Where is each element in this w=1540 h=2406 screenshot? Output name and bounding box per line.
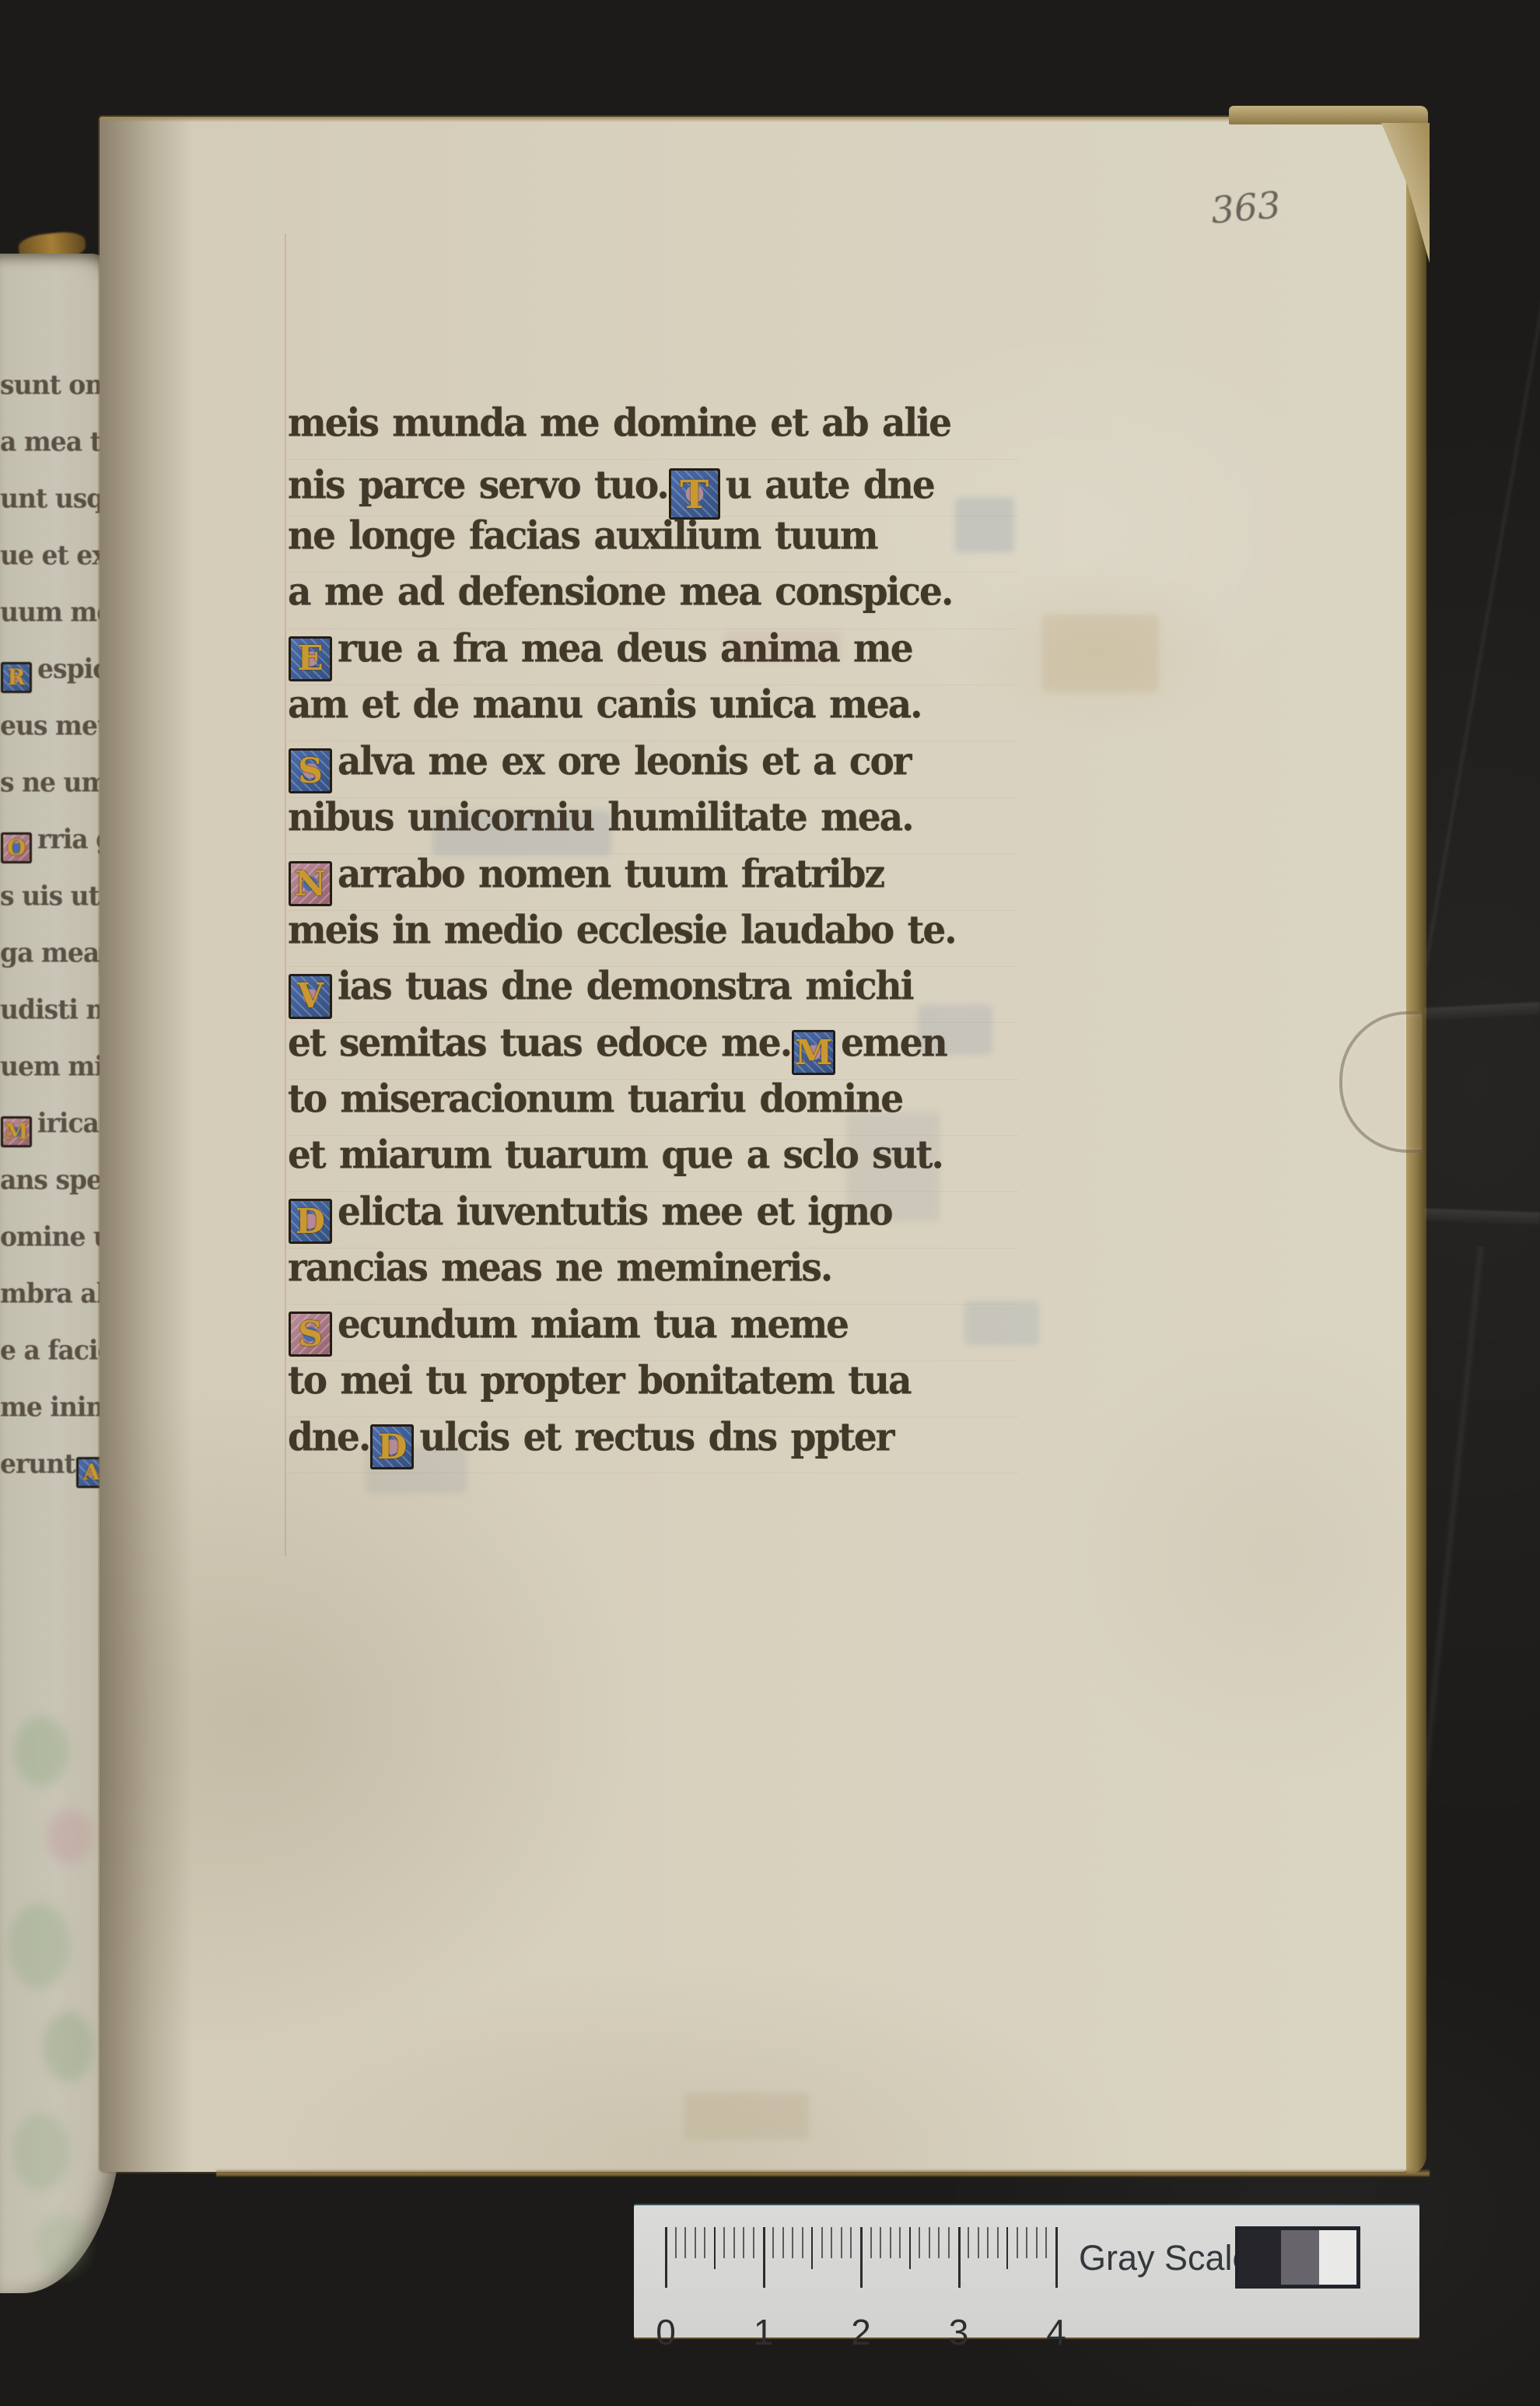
manuscript-line: ne longe facias auxilium tuum	[288, 516, 1019, 572]
ruler-tick	[1036, 2227, 1038, 2258]
ruler-tick	[1045, 2227, 1047, 2258]
ruler-tick	[1026, 2227, 1027, 2258]
text-segment: to miseracionum tuariu domine	[288, 1076, 902, 1121]
manuscript-line: a me ad defensione mea conspice.	[288, 572, 1019, 628]
text-segment: nibus unicorniu humilitate mea.	[288, 794, 913, 839]
illuminated-initial: N	[289, 861, 332, 906]
page-top-edge	[100, 117, 1409, 122]
ruler-number: 2	[851, 2311, 871, 2353]
ruler-tick	[978, 2227, 979, 2258]
text-segment: meis in medio ecclesie laudabo te.	[288, 907, 956, 952]
ruler-tick	[899, 2227, 901, 2258]
text-segment: ga mea	[0, 938, 99, 968]
ruler-tick	[802, 2227, 803, 2258]
ruler-tick	[743, 2227, 744, 2258]
manuscript-line: dne. Dulcis et rectus dns ppter	[288, 1417, 1019, 1473]
ruler-tick	[733, 2227, 735, 2258]
ruler-tick	[850, 2227, 852, 2258]
manuscript-line: to mei tu propter bonitatem tua	[288, 1361, 1019, 1417]
ruler-tick	[919, 2227, 920, 2258]
manuscript-line: nibus unicorniu humilitate mea.	[288, 797, 1019, 853]
ruler-tick	[1006, 2227, 1008, 2269]
manuscript-line: to miseracionum tuariu domine	[288, 1079, 1019, 1135]
ruler-tick	[695, 2227, 696, 2258]
text-segment: rue a fra mea deus anima me	[338, 626, 912, 671]
border-decoration-showthrough	[14, 1716, 68, 1786]
ruler-tick	[968, 2227, 969, 2258]
illuminated-initial: S	[289, 1312, 332, 1357]
illuminated-initial: R	[1, 662, 32, 693]
text-segment: erunt	[0, 1449, 75, 1480]
black-patch	[1239, 2230, 1281, 2285]
manuscript-line: Secundum miam tua meme	[288, 1304, 1019, 1360]
text-block: meis munda me domine et ab alienis parce…	[288, 403, 1019, 1473]
ruler-tick	[792, 2227, 793, 2258]
ruler-tick	[704, 2227, 705, 2258]
manuscript-line: Delicta iuventutis mee et igno	[288, 1191, 1019, 1247]
text-segment: nis parce servo tuo.	[288, 463, 668, 508]
gray-scale-label: Gray Scale	[1079, 2238, 1234, 2278]
photograph-background: { "photo": { "folio_number": "363", "col…	[0, 0, 1540, 2406]
ruler-tick	[890, 2227, 891, 2258]
text-segment: et semitas tuas edoce me.	[288, 1020, 791, 1065]
ruler-tick	[772, 2227, 774, 2258]
text-segment: ias tuas dne demonstra michi	[338, 964, 913, 1009]
illuminated-initial: M	[792, 1030, 835, 1075]
ruler-tick	[987, 2227, 989, 2258]
ruler-tick	[1055, 2227, 1058, 2288]
ruler-tick	[811, 2227, 813, 2269]
ruler-tick	[1017, 2227, 1018, 2258]
text-segment: to mei tu propter bonitatem tua	[288, 1357, 911, 1403]
ruler-tick	[714, 2227, 716, 2269]
manuscript-line: rancias meas ne memineris.	[288, 1248, 1019, 1304]
underlying-leaf-edge	[1229, 106, 1428, 124]
illuminated-initial: M	[1, 1116, 32, 1147]
ruler-number: 3	[949, 2311, 969, 2353]
ruler-tick	[938, 2227, 940, 2258]
border-decoration-showthrough	[43, 2012, 93, 2082]
gutter-shadow	[100, 117, 193, 2172]
manuscript-line: meis in medio ecclesie laudabo te.	[288, 910, 1019, 966]
ruler-tick	[675, 2227, 677, 2258]
text-segment: ne longe facias auxilium tuum	[288, 513, 877, 558]
vellum-stain	[684, 2093, 809, 2139]
illuminated-initial: O	[1, 832, 32, 863]
illuminated-initial: D	[289, 1199, 332, 1244]
page-bottom-edge	[216, 2169, 1430, 2177]
text-segment: emen	[841, 1020, 947, 1065]
illuminated-initial: V	[289, 974, 332, 1019]
manuscript-line: et semitas tuas edoce me. Memen	[288, 1022, 1019, 1078]
illuminated-initial: E	[289, 636, 332, 681]
illuminated-initial: D	[370, 1424, 414, 1469]
ruler-tick	[684, 2227, 686, 2258]
holder-strap	[1425, 1002, 1540, 1021]
manuscript-line: am et de manu canis unica mea.	[288, 685, 1019, 741]
ruler-tick	[821, 2227, 823, 2258]
ruler-tick	[860, 2227, 863, 2288]
ruler-tick	[753, 2227, 754, 2258]
calibration-bar: 01234 Gray Scale	[634, 2205, 1419, 2338]
ruler-number: 0	[656, 2311, 676, 2353]
ruler-tick	[880, 2227, 881, 2258]
ruler-tick	[763, 2227, 765, 2288]
text-segment: dne.	[288, 1414, 369, 1459]
text-segment: rancias meas ne memineris.	[288, 1245, 831, 1291]
illuminated-initial: T	[669, 468, 720, 520]
text-segment: u aute dne	[726, 463, 934, 508]
text-segment: am et de manu canis unica mea.	[288, 682, 922, 727]
ruler-tick	[831, 2227, 832, 2258]
border-decoration-showthrough	[47, 1809, 93, 1864]
mid-gray-patch	[1281, 2230, 1318, 2285]
gray-scale-patches	[1235, 2226, 1360, 2289]
ruler-tick	[723, 2227, 725, 2258]
text-segment: elicta iuventutis mee et igno	[338, 1189, 892, 1235]
text-segment: et miarum tuarum que a sclo sut.	[288, 1133, 943, 1178]
ruler-tick	[929, 2227, 930, 2258]
manuscript-line: Narrabo nomen tuum fratribz	[288, 853, 1019, 909]
ruler-tick	[782, 2227, 784, 2258]
text-frame-ruling	[285, 233, 286, 1556]
border-decoration-showthrough	[8, 1903, 70, 1988]
ruler-tick	[948, 2227, 950, 2258]
manuscript-line: et miarum tuarum que a sclo sut.	[288, 1135, 1019, 1191]
manuscript-line: Erue a fra mea deus anima me	[288, 629, 1019, 685]
ruler-number: 1	[754, 2311, 774, 2353]
folio-number: 363	[1209, 180, 1323, 252]
border-decoration-showthrough	[12, 2113, 70, 2191]
text-segment: a me ad defensione mea conspice.	[288, 569, 952, 615]
manuscript-line: Vias tuas dne demonstra michi	[288, 966, 1019, 1022]
holder-strap	[1425, 1208, 1540, 1224]
ruler-tick	[958, 2227, 961, 2288]
illuminated-initial: S	[289, 748, 332, 793]
manuscript-line: Salva me ex ore leonis et a cor	[288, 741, 1019, 797]
text-segment: ulcis et rectus dns ppter	[419, 1414, 893, 1459]
text-segment: meis munda me domine et ab alie	[288, 401, 950, 446]
ruler-tick	[665, 2227, 667, 2288]
manuscript-line: meis munda me domine et ab alie	[288, 403, 1019, 459]
ruler-tick	[909, 2227, 911, 2269]
cm-ruler: 01234	[665, 2227, 1101, 2328]
text-segment: arrabo nomen tuum fratribz	[338, 851, 884, 896]
ruler-number: 4	[1046, 2311, 1066, 2353]
text-segment: ecundum miam tua meme	[338, 1301, 848, 1347]
vellum-stain	[1042, 615, 1159, 692]
text-segment: alva me ex ore leonis et a cor	[338, 739, 911, 784]
ruler-tick	[997, 2227, 999, 2258]
border-decoration-showthrough	[35, 2214, 89, 2276]
ruler-tick	[841, 2227, 842, 2258]
ruler-tick	[870, 2227, 872, 2258]
manuscript-line: nis parce servo tuo. Tu aute dne	[288, 459, 1019, 515]
white-patch	[1319, 2230, 1356, 2285]
